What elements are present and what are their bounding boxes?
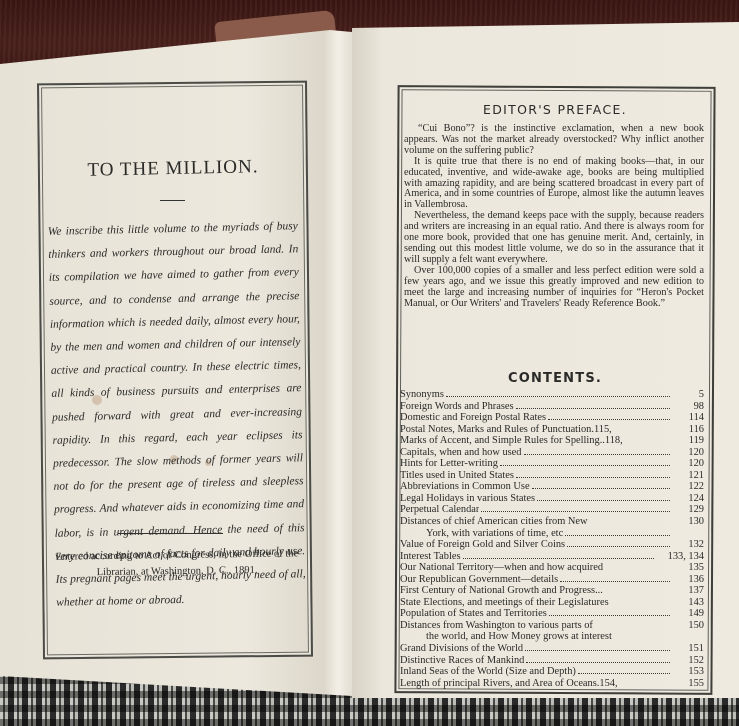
toc-leader-dots bbox=[549, 614, 670, 616]
toc-page-number: 5 bbox=[672, 389, 704, 401]
toc-leader-dots bbox=[560, 580, 670, 582]
preface-paragraph: Over 100,000 copies of a smaller and les… bbox=[404, 266, 704, 310]
toc-label: Legal Holidays in various States bbox=[400, 493, 535, 505]
toc-label: Marks of Accent, and Simple Rules for Sp… bbox=[400, 435, 623, 447]
toc-label: Hints for Letter-writing bbox=[400, 458, 498, 470]
toc-leader-dots bbox=[516, 476, 670, 478]
toc-entry: First Century of National Growth and Pro… bbox=[400, 585, 704, 597]
toc-leader-dots bbox=[567, 545, 670, 547]
toc-leader-dots bbox=[537, 499, 670, 501]
toc-leader-dots bbox=[605, 569, 670, 570]
toc-page-number: 121 bbox=[672, 470, 704, 482]
toc-page-number: 136 bbox=[672, 574, 704, 586]
toc-entry: Distances from Washington to various par… bbox=[400, 620, 704, 632]
contents-title: CONTENTS. bbox=[400, 371, 710, 386]
toc-entry: Grand Divisions of the World151 bbox=[400, 643, 704, 655]
toc-label: York, with variations of time, etc bbox=[426, 528, 563, 540]
toc-page-number: 149 bbox=[672, 608, 704, 620]
copyright-notice: Entered according to Act of Congress, in… bbox=[48, 546, 306, 582]
toc-entry: Value of Foreign Gold and Silver Coins13… bbox=[400, 539, 704, 551]
toc-label: Our Republican Government—details bbox=[400, 574, 558, 586]
preface-paragraph: Nevertheless, the demand keeps pace with… bbox=[404, 211, 704, 266]
toc-entry: Synonyms5 bbox=[400, 389, 704, 401]
toc-leader-dots bbox=[446, 395, 670, 397]
toc-leader-dots bbox=[565, 534, 670, 536]
toc-entry: Interest Tables133, 134 bbox=[400, 551, 704, 563]
toc-entry: Titles used in United States121 bbox=[400, 470, 704, 482]
toc-entry: Inland Seas of the World (Size and Depth… bbox=[400, 666, 704, 678]
toc-entry: Perpetual Calendar129 bbox=[400, 504, 704, 516]
toc-page-number: 150 bbox=[672, 620, 704, 632]
toc-entry-continuation: York, with variations of time, etc bbox=[400, 528, 704, 540]
toc-label: Postal Notes, Marks and Rules of Punctua… bbox=[400, 424, 612, 436]
toc-leader-dots bbox=[625, 442, 670, 443]
toc-leader-dots bbox=[481, 510, 670, 512]
divider-rule bbox=[118, 533, 223, 534]
toc-leader-dots bbox=[611, 604, 670, 605]
toc-page-number: 143 bbox=[672, 597, 704, 609]
toc-entry: Foreign Words and Phrases98 bbox=[400, 401, 704, 413]
toc-page-number: 137 bbox=[672, 585, 704, 597]
toc-entry: Capitals, when and how used120 bbox=[400, 447, 704, 459]
toc-label: Titles used in United States bbox=[400, 470, 514, 482]
toc-leader-dots bbox=[614, 431, 670, 432]
toc-label: Distances from Washington to various par… bbox=[400, 620, 593, 632]
toc-entry: Abbreviations in Common Use122 bbox=[400, 481, 704, 493]
toc-leader-dots bbox=[526, 661, 670, 663]
toc-entry: Legal Holidays in various States124 bbox=[400, 493, 704, 505]
toc-label: Distances of chief American cities from … bbox=[400, 516, 588, 528]
toc-label: Synonyms bbox=[400, 389, 444, 401]
toc-label: State Elections, and meetings of their L… bbox=[400, 597, 609, 609]
title-rule bbox=[160, 200, 185, 201]
toc-leader-dots bbox=[595, 627, 670, 628]
toc-page-number: 120 bbox=[672, 458, 704, 470]
toc-entry: Our National Territory—when and how acqu… bbox=[400, 562, 704, 574]
toc-label: Domestic and Foreign Postal Rates bbox=[400, 412, 546, 424]
toc-entry: Population of States and Territories149 bbox=[400, 608, 704, 620]
toc-entry: Length of principal Rivers, and Area of … bbox=[400, 678, 704, 690]
toc-page-number: 124 bbox=[672, 493, 704, 505]
toc-label: First Century of National Growth and Pro… bbox=[400, 585, 603, 597]
toc-leader-dots bbox=[500, 464, 670, 466]
toc-label: the world, and How Money grows at intere… bbox=[426, 631, 612, 643]
toc-page-number: 155 bbox=[672, 678, 704, 690]
toc-label: Abbreviations in Common Use bbox=[400, 481, 530, 493]
toc-label: Perpetual Calendar bbox=[400, 504, 479, 516]
toc-entry-continuation: the world, and How Money grows at intere… bbox=[400, 631, 704, 643]
toc-page-number: 116 bbox=[672, 424, 704, 436]
toc-page-number: 151 bbox=[672, 643, 704, 655]
toc-label: Grand Divisions of the World bbox=[400, 643, 523, 655]
toc-page-number: 122 bbox=[672, 481, 704, 493]
toc-label: Interest Tables bbox=[400, 551, 461, 563]
toc-label: Foreign Words and Phrases bbox=[400, 401, 514, 413]
toc-page-number: 130 bbox=[672, 516, 704, 528]
toc-entry: Hints for Letter-writing120 bbox=[400, 458, 704, 470]
toc-leader-dots bbox=[516, 407, 670, 409]
toc-page-number: 98 bbox=[672, 401, 704, 413]
toc-page-number: 114 bbox=[672, 412, 704, 424]
toc-leader-dots bbox=[590, 523, 670, 524]
toc-page-number: 132 bbox=[672, 539, 704, 551]
toc-leader-dots bbox=[524, 453, 671, 455]
toc-label: Inland Seas of the World (Size and Depth… bbox=[400, 666, 576, 678]
toc-leader-dots bbox=[578, 672, 670, 674]
toc-leader-dots bbox=[525, 649, 670, 651]
toc-page-number: 129 bbox=[672, 504, 704, 516]
toc-label: Distinctive Races of Mankind bbox=[400, 655, 524, 667]
toc-leader-dots bbox=[532, 487, 670, 489]
toc-leader-dots bbox=[620, 685, 670, 686]
toc-entry: Postal Notes, Marks and Rules of Punctua… bbox=[400, 424, 704, 436]
toc-entry: Distances of chief American cities from … bbox=[400, 516, 704, 528]
toc-page-number: 120 bbox=[672, 447, 704, 459]
table-of-contents: Synonyms5 Foreign Words and Phrases98 Do… bbox=[400, 389, 704, 689]
toc-leader-dots bbox=[605, 592, 670, 593]
toc-label: Capitals, when and how used bbox=[400, 447, 522, 459]
toc-page-number: 135 bbox=[672, 562, 704, 574]
toc-label: Length of principal Rivers, and Area of … bbox=[400, 678, 618, 690]
toc-entry: Marks of Accent, and Simple Rules for Sp… bbox=[400, 435, 704, 447]
toc-entry: State Elections, and meetings of their L… bbox=[400, 597, 704, 609]
preface-paragraph: It is quite true that there is no end of… bbox=[404, 157, 704, 212]
toc-entry: Distinctive Races of Mankind152 bbox=[400, 655, 704, 667]
toc-page-number: 153 bbox=[672, 666, 704, 678]
toc-label: Value of Foreign Gold and Silver Coins bbox=[400, 539, 565, 551]
toc-page-number: 133, 134 bbox=[656, 551, 704, 563]
preface-paragraph: “Cui Bono”? is the instinctive exclamati… bbox=[404, 124, 704, 157]
preface-body: “Cui Bono”? is the instinctive exclamati… bbox=[404, 124, 704, 309]
toc-leader-dots bbox=[548, 418, 670, 420]
preface-title: EDITOR'S PREFACE. bbox=[400, 102, 710, 117]
toc-label: Population of States and Territories bbox=[400, 608, 547, 620]
toc-leader-dots bbox=[463, 557, 654, 559]
toc-leader-dots bbox=[614, 638, 670, 639]
toc-page-number: 119 bbox=[672, 435, 704, 447]
toc-entry: Domestic and Foreign Postal Rates114 bbox=[400, 412, 704, 424]
toc-label: Our National Territory—when and how acqu… bbox=[400, 562, 603, 574]
toc-entry: Our Republican Government—details136 bbox=[400, 574, 704, 586]
toc-page-number: 152 bbox=[672, 655, 704, 667]
